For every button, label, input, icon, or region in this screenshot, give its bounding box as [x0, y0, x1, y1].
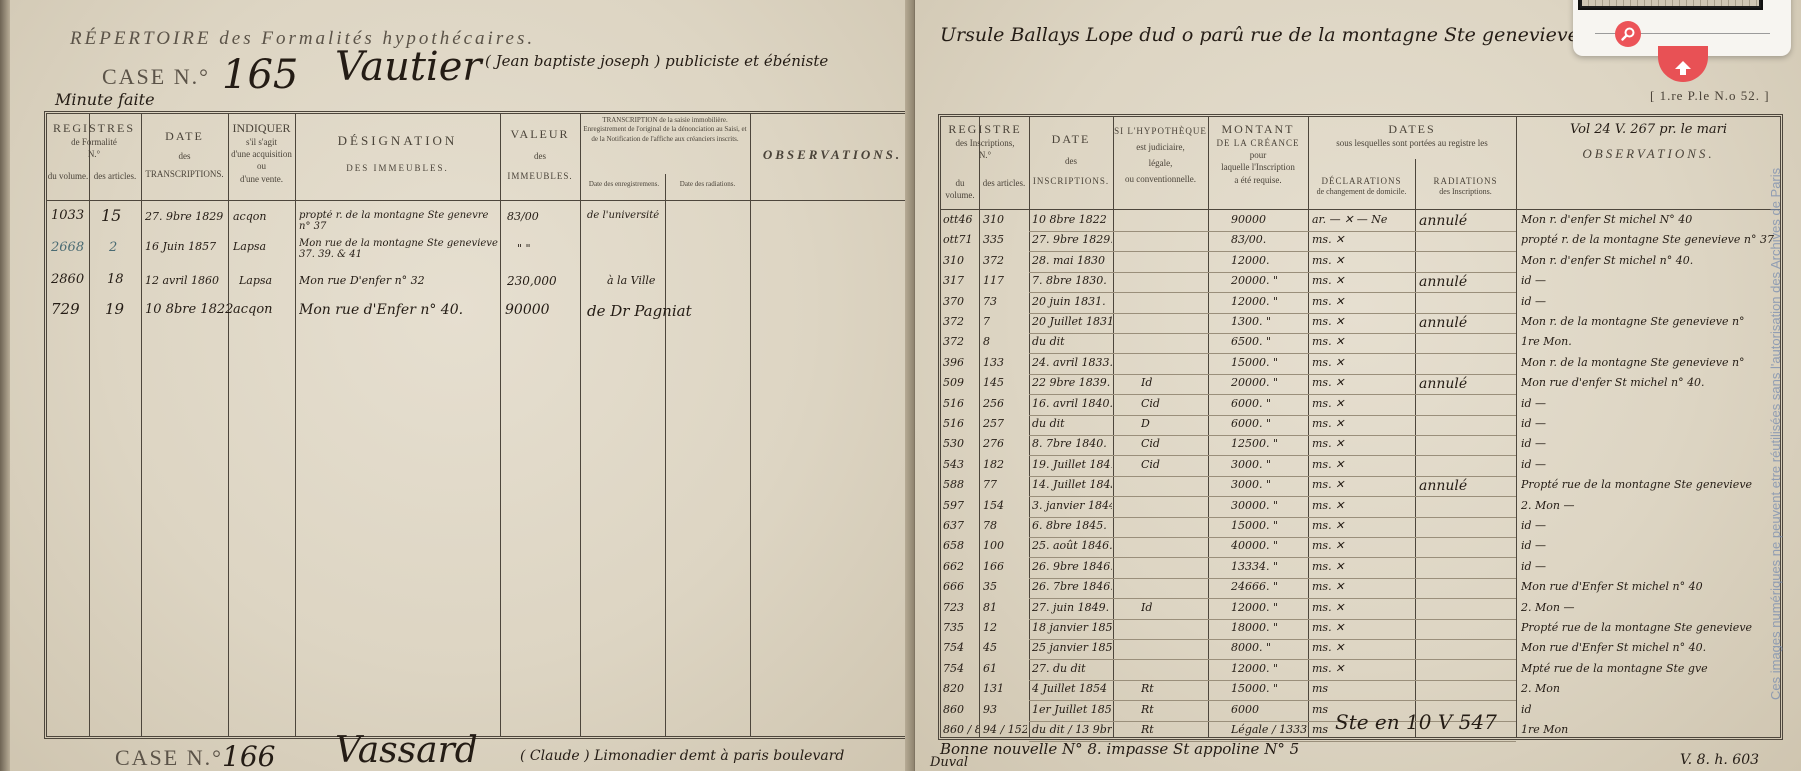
cell-volume: 735 [943, 621, 979, 634]
cell-decl: ms. ✕ [1312, 662, 1412, 675]
cell-decl: ms. ✕ [1312, 580, 1412, 593]
cell-decl: ms. ✕ [1312, 397, 1412, 410]
cell-volume: 370 [943, 295, 979, 308]
header-observations: Vol 24 V. 267 pr. le mari OBSERVATIONS. [1516, 121, 1781, 162]
next-case-label: CASE N.° [115, 745, 223, 771]
row-rule [1029, 272, 1516, 273]
cell-type: Id [1141, 376, 1201, 389]
cell-volume: 754 [943, 662, 979, 675]
cell-montant: 83/00. [1231, 233, 1307, 246]
next-case-number: 166 [222, 740, 275, 771]
cell-rad: annulé [1419, 213, 1514, 229]
case-label: CASE N.° [102, 64, 210, 90]
row-rule [1029, 496, 1516, 497]
cell-type: Cid [1141, 397, 1201, 410]
cell-decl: ms. ✕ [1312, 560, 1412, 573]
cell-article: 100 [983, 539, 1027, 552]
cell-obs: id — [1521, 560, 1783, 573]
header-hypotheque: SI L'HYPOTHÈQUE est judiciaire, légale, … [1113, 125, 1208, 186]
next-case-name-note: Duval [930, 755, 968, 770]
cell-volume: 662 [943, 560, 979, 573]
header-dates: DATES sous lesquelles sont portées au re… [1308, 121, 1516, 149]
cell-montant: 3000. " [1231, 458, 1307, 471]
cell-date: 28. mai 1830 [1032, 254, 1112, 267]
cell-article: 257 [983, 417, 1027, 430]
cell-decl: ms. ✕ [1312, 437, 1412, 450]
cell-date: 27. juin 1849. [1032, 601, 1112, 614]
cell-obs: Mon rue d'Enfer St michel n° 40 [1521, 580, 1783, 593]
cell-date: 26. 9bre 1846. [1032, 560, 1112, 573]
cell-obs: id — [1521, 458, 1783, 471]
cell-article: 61 [983, 662, 1027, 675]
cell-article: 310 [983, 213, 1027, 226]
cell-obs: 2. Mon [1521, 682, 1783, 695]
cell-volume: 509 [943, 376, 979, 389]
col-divider [1415, 159, 1416, 737]
cell-decl: ms. ✕ [1312, 458, 1412, 471]
cell-volume: 666 [943, 580, 979, 593]
margin-note: Minute faite [55, 90, 155, 109]
header-date: DATE des TRANSCRIPTIONS. [141, 128, 228, 180]
next-case-address: Bonne nouvelle N° 8. impasse St appoline… [940, 740, 1299, 758]
cell-obs: id [1521, 703, 1783, 716]
cell-volume: 754 [943, 641, 979, 654]
row-rule [1029, 578, 1516, 579]
row-rule [1029, 353, 1516, 354]
cell-article: 7 [983, 315, 1027, 328]
cell-obs: Mon r. d'enfer St michel n° 40. [1521, 254, 1783, 267]
cell-date: 6. 8bre 1845. [1032, 519, 1112, 532]
cell-decl: ms. ✕ [1312, 295, 1412, 308]
col-divider [1029, 117, 1030, 737]
header-du-volume: du volume. [47, 170, 89, 182]
cell-montant: 15000. " [1231, 356, 1307, 369]
row-rule [1029, 476, 1516, 477]
cell-date: 14. Juillet 1843. [1032, 478, 1112, 491]
cell-obs: id — [1521, 519, 1783, 532]
cell-article: 8 [983, 335, 1027, 348]
header-radiations: RADIATIONS des Inscriptions. [1415, 175, 1516, 198]
cell-obs: Propté rue de la montagne Ste genevieve [1521, 478, 1783, 491]
cell-montant: 15000. " [1231, 519, 1307, 532]
cell-article: 131 [983, 682, 1027, 695]
next-case-given-names: ( Claude ) Limonadier demt à paris boule… [520, 748, 844, 764]
next-case-code: V. 8. h. 603 [1680, 752, 1759, 768]
cell-type: Rt [1141, 723, 1201, 736]
row-rule [1029, 619, 1516, 620]
cell-article: 166 [983, 560, 1027, 573]
cell-article: 35 [983, 580, 1027, 593]
case-given-names: ( Jean baptiste joseph ) publiciste et é… [485, 52, 828, 70]
cell-article: 77 [983, 478, 1027, 491]
header-montant: MONTANT DE LA CRÉANCE pour laquelle l'In… [1208, 121, 1308, 186]
cell-obs: Propté rue de la montagne Ste genevieve [1521, 621, 1783, 634]
cell-montant: 30000. " [1231, 499, 1307, 512]
cell-decl: ms. ✕ [1312, 417, 1412, 430]
cell-article: 256 [983, 397, 1027, 410]
cell-volume: 588 [943, 478, 979, 491]
header-date: DATE des INSCRIPTIONS. [1029, 131, 1113, 187]
cell-montant: 6000. " [1231, 397, 1307, 410]
cell-decl: ms. ✕ [1312, 641, 1412, 654]
cell-date: 19. Juillet 1841. [1032, 458, 1112, 471]
cell-obs: Mpté rue de la montagne Ste gve [1521, 662, 1783, 675]
cell-obs: Mon r. de la montagne Ste genevieve n° [1521, 315, 1783, 328]
col-divider [228, 114, 229, 736]
cell-montant: 6500. " [1231, 335, 1307, 348]
cell-obs: Mon r. d'enfer St michel N° 40 [1521, 213, 1783, 226]
cell-montant: 12500. " [1231, 437, 1307, 450]
cell-type: Cid [1141, 437, 1201, 450]
col-divider [665, 174, 666, 736]
cell-article: 145 [983, 376, 1027, 389]
cell-volume: 516 [943, 417, 979, 430]
cell-decl: ms. ✕ [1312, 601, 1412, 614]
case-surname: Vautier [335, 44, 481, 90]
cell-date: 1er Juillet 1856 [1032, 703, 1112, 716]
cell-volume: 310 [943, 254, 979, 267]
cell-article: 117 [983, 274, 1027, 287]
cell-article: 154 [983, 499, 1027, 512]
zoom-slider-handle[interactable] [1615, 21, 1641, 47]
total-note: Ste en 10 V 547 [1335, 710, 1497, 734]
cell-volume: ott46 [943, 213, 979, 226]
header-date-radiations: Date des radiations. [665, 180, 750, 189]
cell-date: du dit / 13 9bre [1032, 723, 1112, 736]
cell-volume: 860 / 868 [943, 723, 979, 736]
cell-date: 20 Juillet 1831 [1032, 315, 1112, 328]
arrow-up-icon [1674, 60, 1692, 76]
row-rule [1029, 455, 1516, 456]
cell-montant: 40000. " [1231, 539, 1307, 552]
cell-volume: 637 [943, 519, 979, 532]
cell-decl: ms. ✕ [1312, 233, 1412, 246]
row-rule [1029, 333, 1516, 334]
cell-article: 78 [983, 519, 1027, 532]
cell-date: 20 juin 1831. [1032, 295, 1112, 308]
row-rule [1029, 517, 1516, 518]
cell-obs: 2. Mon — [1521, 601, 1783, 614]
header-designation: DÉSIGNATION DES IMMEUBLES. [295, 132, 500, 174]
col-divider [1208, 117, 1209, 737]
cell-date: 26. 7bre 1846. [1032, 580, 1112, 593]
col-divider [979, 117, 980, 737]
cell-decl: ms. ✕ [1312, 539, 1412, 552]
formalities-table: REGISTRES de Formalité N.° du volume. de… [44, 111, 915, 739]
cell-rad: annulé [1419, 274, 1514, 290]
header-transcription: TRANSCRIPTION de la saisie immobilière. … [583, 116, 747, 144]
reference-code: [ 1.re P.le N.o 52. ] [1650, 88, 1770, 104]
case-number: 165 [222, 52, 298, 98]
col-divider [1113, 117, 1114, 737]
header-registre: REGISTRE des Inscriptions, N.° [941, 121, 1029, 161]
col-divider [500, 114, 501, 736]
row-rule [1029, 374, 1516, 375]
navigator-thumbnail[interactable] [1578, 0, 1763, 10]
cell-obs: propté r. de la montagne Ste genevieve n… [1521, 233, 1783, 246]
cell-obs: id — [1521, 274, 1783, 287]
cell-volume: 516 [943, 397, 979, 410]
row-rule [1029, 639, 1516, 640]
cell-decl: ms. ✕ [1312, 376, 1412, 389]
cell-obs: 1re Mon. [1521, 335, 1783, 348]
row-rule [1029, 659, 1516, 660]
row-rule [1029, 537, 1516, 538]
cell-article: 94 / 152 [983, 723, 1027, 736]
header-indiquer: INDIQUER s'il s'agit d'une acquisition o… [228, 120, 295, 185]
col-divider [1308, 117, 1309, 737]
cell-obs: 1re Mon [1521, 723, 1783, 736]
cell-volume: ott71 [943, 233, 979, 246]
cell-volume: 543 [943, 458, 979, 471]
cell-volume: 317 [943, 274, 979, 287]
cell-decl: ms [1312, 682, 1412, 695]
cell-article: 73 [983, 295, 1027, 308]
cell-article: 93 [983, 703, 1027, 716]
cell-type: Rt [1141, 682, 1201, 695]
cell-decl: ms. ✕ [1312, 499, 1412, 512]
cell-montant: 12000. " [1231, 295, 1307, 308]
cell-article: 12 [983, 621, 1027, 634]
cell-article: 81 [983, 601, 1027, 614]
cell-date: 27. 9bre 1829. [1032, 233, 1112, 246]
cell-rad: annulé [1419, 376, 1514, 392]
cell-volume: 530 [943, 437, 979, 450]
cell-obs: id — [1521, 437, 1783, 450]
cell-montant: 3000. " [1231, 478, 1307, 491]
cell-date: du dit [1032, 417, 1112, 430]
cell-date: 18 janvier 1850 [1032, 621, 1112, 634]
document-viewer[interactable]: RÉPERTOIRE des Formalités hypothécaires.… [0, 0, 1801, 771]
cell-type: D [1141, 417, 1201, 430]
cell-obs: id — [1521, 397, 1783, 410]
cell-montant: 6000 [1231, 703, 1307, 716]
cell-date: 7. 8bre 1830. [1032, 274, 1112, 287]
cell-obs: id — [1521, 295, 1783, 308]
next-case-surname: Vassard [335, 730, 478, 771]
row-rule [1029, 435, 1516, 436]
cell-obs: id — [1521, 539, 1783, 552]
cell-type: Cid [1141, 458, 1201, 471]
col-divider [580, 114, 581, 736]
header-rule [941, 209, 1780, 210]
cell-date: 27. du dit [1032, 662, 1112, 675]
cell-date: 8. 7bre 1840. [1032, 437, 1112, 450]
header-observations: OBSERVATIONS. [750, 146, 915, 164]
cell-decl: ms. ✕ [1312, 254, 1412, 267]
cell-volume: 820 [943, 682, 979, 695]
cell-decl: ms. ✕ [1312, 274, 1412, 287]
col-divider [141, 114, 142, 736]
row-rule [1029, 557, 1516, 558]
cell-article: 335 [983, 233, 1027, 246]
cell-date: 16. avril 1840. [1032, 397, 1112, 410]
col-divider [750, 114, 751, 736]
cell-montant: 20000. " [1231, 274, 1307, 287]
cell-decl: ms. ✕ [1312, 621, 1412, 634]
header-registres: REGISTRES de Formalité N.° [47, 120, 141, 160]
inscriptions-table: REGISTRE des Inscriptions, N.° du volume… [938, 114, 1783, 740]
cell-montant: 90000 [1231, 213, 1307, 226]
row-rule [1029, 231, 1516, 232]
cell-volume: 723 [943, 601, 979, 614]
col-divider [89, 114, 90, 736]
cell-montant: 24666. " [1231, 580, 1307, 593]
cell-type: Rt [1141, 703, 1201, 716]
cell-volume: 372 [943, 335, 979, 348]
cell-article: 276 [983, 437, 1027, 450]
header-des-articles: des articles. [89, 170, 141, 182]
cell-decl: ar. — ✕ — Ne [1312, 213, 1412, 226]
cell-montant: 12000. " [1231, 601, 1307, 614]
cell-decl: ms. ✕ [1312, 356, 1412, 369]
cell-montant: 8000. " [1231, 641, 1307, 654]
cell-decl: ms. ✕ [1312, 519, 1412, 532]
cell-rad: annulé [1419, 478, 1514, 494]
cell-obs: Mon r. de la montagne Ste genevieve n° [1521, 356, 1783, 369]
cell-type: Id [1141, 601, 1201, 614]
cell-date: 3. janvier 1844. [1032, 499, 1112, 512]
cell-article: 45 [983, 641, 1027, 654]
cell-montant: 6000. " [1231, 417, 1307, 430]
cell-montant: Légale / 13334 [1231, 723, 1307, 736]
cell-montant: 1300. " [1231, 315, 1307, 328]
cell-montant: 20000. " [1231, 376, 1307, 389]
cell-article: 133 [983, 356, 1027, 369]
row-rule [1029, 598, 1516, 599]
cell-volume: 860 [943, 703, 979, 716]
row-rule [1029, 292, 1516, 293]
cell-volume: 658 [943, 539, 979, 552]
cell-decl: ms. ✕ [1312, 478, 1412, 491]
cell-obs: Mon rue d'Enfer St michel n° 40. [1521, 641, 1783, 654]
cell-rad: annulé [1419, 315, 1514, 331]
cell-date: 25 janvier 1851 [1032, 641, 1112, 654]
right-page-top-note: Ursule Ballays Lope dud o parû rue de la… [940, 24, 1641, 46]
cell-montant: 12000. [1231, 254, 1307, 267]
header-des-articles: des articles. [979, 177, 1029, 189]
header-rule [47, 200, 912, 201]
cell-decl: ms. ✕ [1312, 315, 1412, 328]
cell-date: 24. avril 1833. [1032, 356, 1112, 369]
cell-article: 182 [983, 458, 1027, 471]
cell-montant: 12000. " [1231, 662, 1307, 675]
cell-montant: 13334. " [1231, 560, 1307, 573]
cell-date: 25. août 1846. [1032, 539, 1112, 552]
book-edge [0, 0, 10, 771]
row-rule [1029, 313, 1516, 314]
cell-date: 22 9bre 1839. [1032, 376, 1112, 389]
cell-volume: 597 [943, 499, 979, 512]
cell-obs: 2. Mon — [1521, 499, 1783, 512]
cell-date: 10 8bre 1822 [1032, 213, 1112, 226]
col-divider [1516, 117, 1517, 737]
cell-obs: Mon rue d'enfer St michel n° 40. [1521, 376, 1783, 389]
cell-decl: ms. ✕ [1312, 335, 1412, 348]
left-page: RÉPERTOIRE des Formalités hypothécaires.… [0, 0, 915, 771]
cell-volume: 396 [943, 356, 979, 369]
header-du-volume: du volume. [941, 177, 979, 201]
row-rule [1029, 415, 1516, 416]
magnifier-icon [1620, 26, 1636, 42]
cell-article: 372 [983, 254, 1027, 267]
archive-watermark: Ces images numériques ne peuvent etre ré… [1768, 168, 1783, 700]
cell-montant: 18000. " [1231, 621, 1307, 634]
row-rule [1029, 700, 1516, 701]
cell-date: 4 Juillet 1854 [1032, 682, 1112, 695]
row-rule [1029, 394, 1516, 395]
row-rule [1029, 680, 1516, 681]
cell-montant: 15000. " [1231, 682, 1307, 695]
header-valeur: VALEUR des IMMEUBLES. [500, 126, 580, 182]
cell-obs: id — [1521, 417, 1783, 430]
header-declarations: DÉCLARATIONS de changement de domicile. [1308, 175, 1415, 198]
header-date-enregistremens: Date des enregistremens. [583, 180, 665, 189]
cell-volume: 372 [943, 315, 979, 328]
col-divider [295, 114, 296, 736]
cell-date: du dit [1032, 335, 1112, 348]
row-rule [1029, 251, 1516, 252]
